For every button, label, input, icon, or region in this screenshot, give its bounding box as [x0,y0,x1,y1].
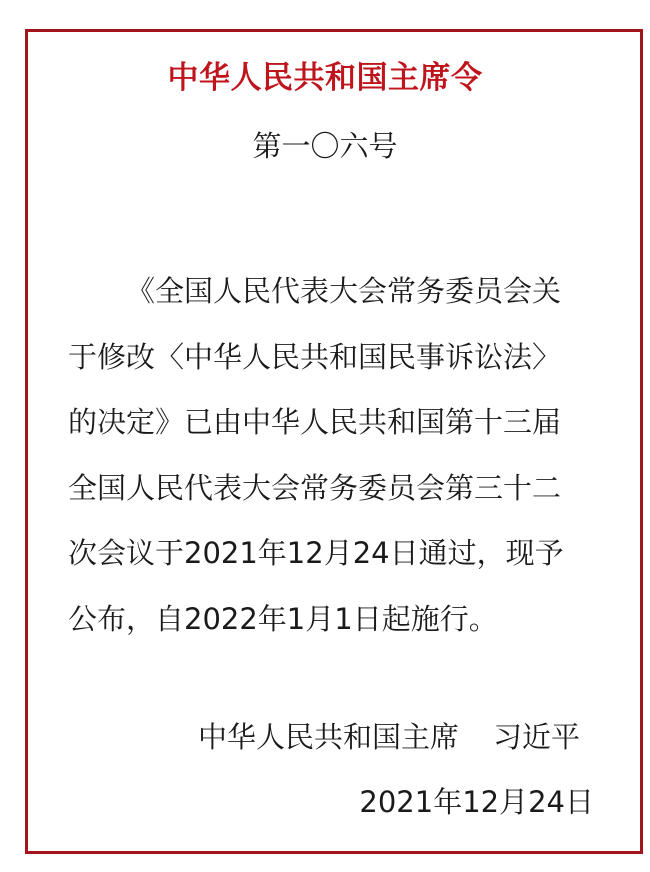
order-number: 第一〇六号 [0,127,650,165]
body-line: 的决定》已由中华人民共和国第十三届 [68,390,596,456]
body-line: 于修改〈中华人民共和国民事诉讼法〉 [68,325,596,391]
signature-title: 中华人民共和国主席 [198,720,459,754]
body-line: 次会议于2021年12月24日通过，现予 [68,521,596,587]
signature-name: 习近平 [493,720,580,754]
body-line: 全国人民代表大会常务委员会第三十二 [68,456,596,522]
document-title: 中华人民共和国主席令 [0,58,650,98]
signing-date: 2021年12月24日 [359,782,594,822]
document-body: 《全国人民代表大会常务委员会关 于修改〈中华人民共和国民事诉讼法〉 的决定》已由… [68,259,596,652]
body-line: 公布，自2022年1月1日起施行。 [68,587,596,653]
signature-line: 中华人民共和国主席习近平 [198,717,580,757]
body-line: 《全国人民代表大会常务委员会关 [68,259,596,325]
